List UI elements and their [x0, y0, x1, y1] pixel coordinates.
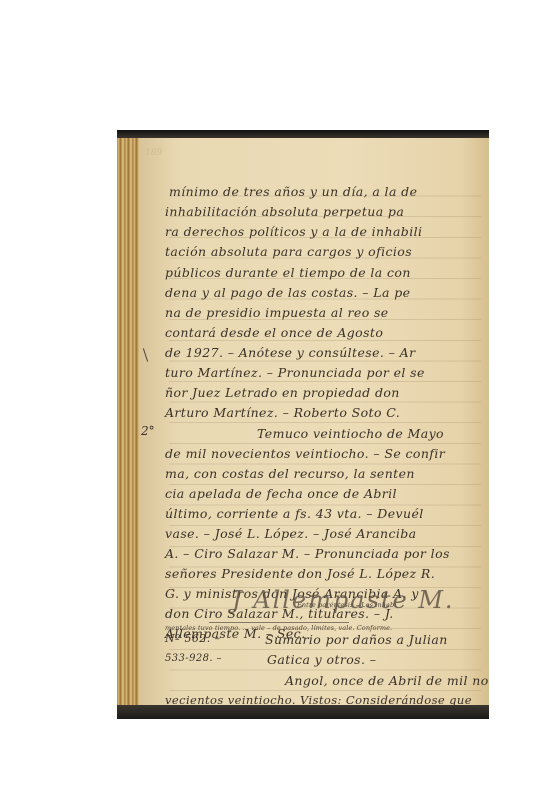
second-entry-line: Temuco veintiocho de Mayo — [257, 426, 444, 441]
top-shadow — [117, 130, 489, 138]
second-entry-line: vase. – José L. López. – José Aranciba — [165, 526, 417, 541]
annotation-line: mentales tuvo tiempo. ... vale – de pasa… — [165, 624, 392, 632]
case-number: Nº 562. – — [165, 632, 220, 645]
ledger-photograph: 189 mínimo de tres años y un día, a la d… — [117, 130, 489, 719]
main-entry-line: inhabilitación absoluta perpetua pa — [165, 204, 404, 219]
main-entry-line: mínimo de tres años y un día, a la de — [169, 184, 417, 199]
main-entry-line: públicos durante el tiempo de la con — [165, 265, 411, 280]
ledger-page: 189 mínimo de tres años y un día, a la d… — [139, 138, 489, 705]
second-entry-line: cia apelada de fecha once de Abril — [165, 486, 397, 501]
margin-tick-mark — [143, 348, 148, 362]
main-entry-line: dena y al pago de las costas. – La pe — [165, 285, 410, 300]
bottom-shadow — [117, 705, 489, 719]
main-entry-line: ra derechos políticos y a la de inhabili — [165, 224, 422, 239]
clerk-signature: J Allempaste M. — [232, 586, 455, 614]
case-reference: 533-928. – — [165, 653, 222, 664]
case-title-line: Sumario por daños a Julian — [265, 632, 448, 647]
case-body-line: Angol, once de Abril de mil no — [285, 673, 489, 688]
case-title-line: Gatica y otros. – — [267, 652, 376, 667]
second-entry-line: último, corriente a fs. 43 vta. – Devuél — [165, 506, 424, 521]
second-entry-line: de mil novecientos veintiocho. – Se conf… — [165, 446, 445, 461]
main-entry-line: ñor Juez Letrado en propiedad don — [165, 385, 400, 400]
book-page-edges — [117, 138, 139, 705]
main-entry-line: Arturo Martínez. – Roberto Soto C. — [165, 405, 400, 420]
main-entry-line: turo Martínez. – Pronunciada por el se — [165, 365, 425, 380]
main-entry-line: contará desde el once de Agosto — [165, 325, 383, 340]
main-entry-line: na de presidio impuesta al reo se — [165, 305, 389, 320]
page-number: 189 — [145, 148, 162, 158]
second-entry-line: A. – Ciro Salazar M. – Pronunciada por l… — [165, 546, 450, 561]
second-entry-line: señores Presidente don José L. López R. — [165, 566, 435, 581]
signature-underline — [209, 622, 349, 623]
entry-number-mark: 2° — [141, 424, 155, 438]
second-entry-line: ma, con costas del recurso, la senten — [165, 466, 415, 481]
main-entry-line: de 1927. – Anótese y consúltese. – Ar — [165, 345, 415, 360]
main-entry-line: tación absoluta para cargos y oficios — [165, 244, 412, 259]
